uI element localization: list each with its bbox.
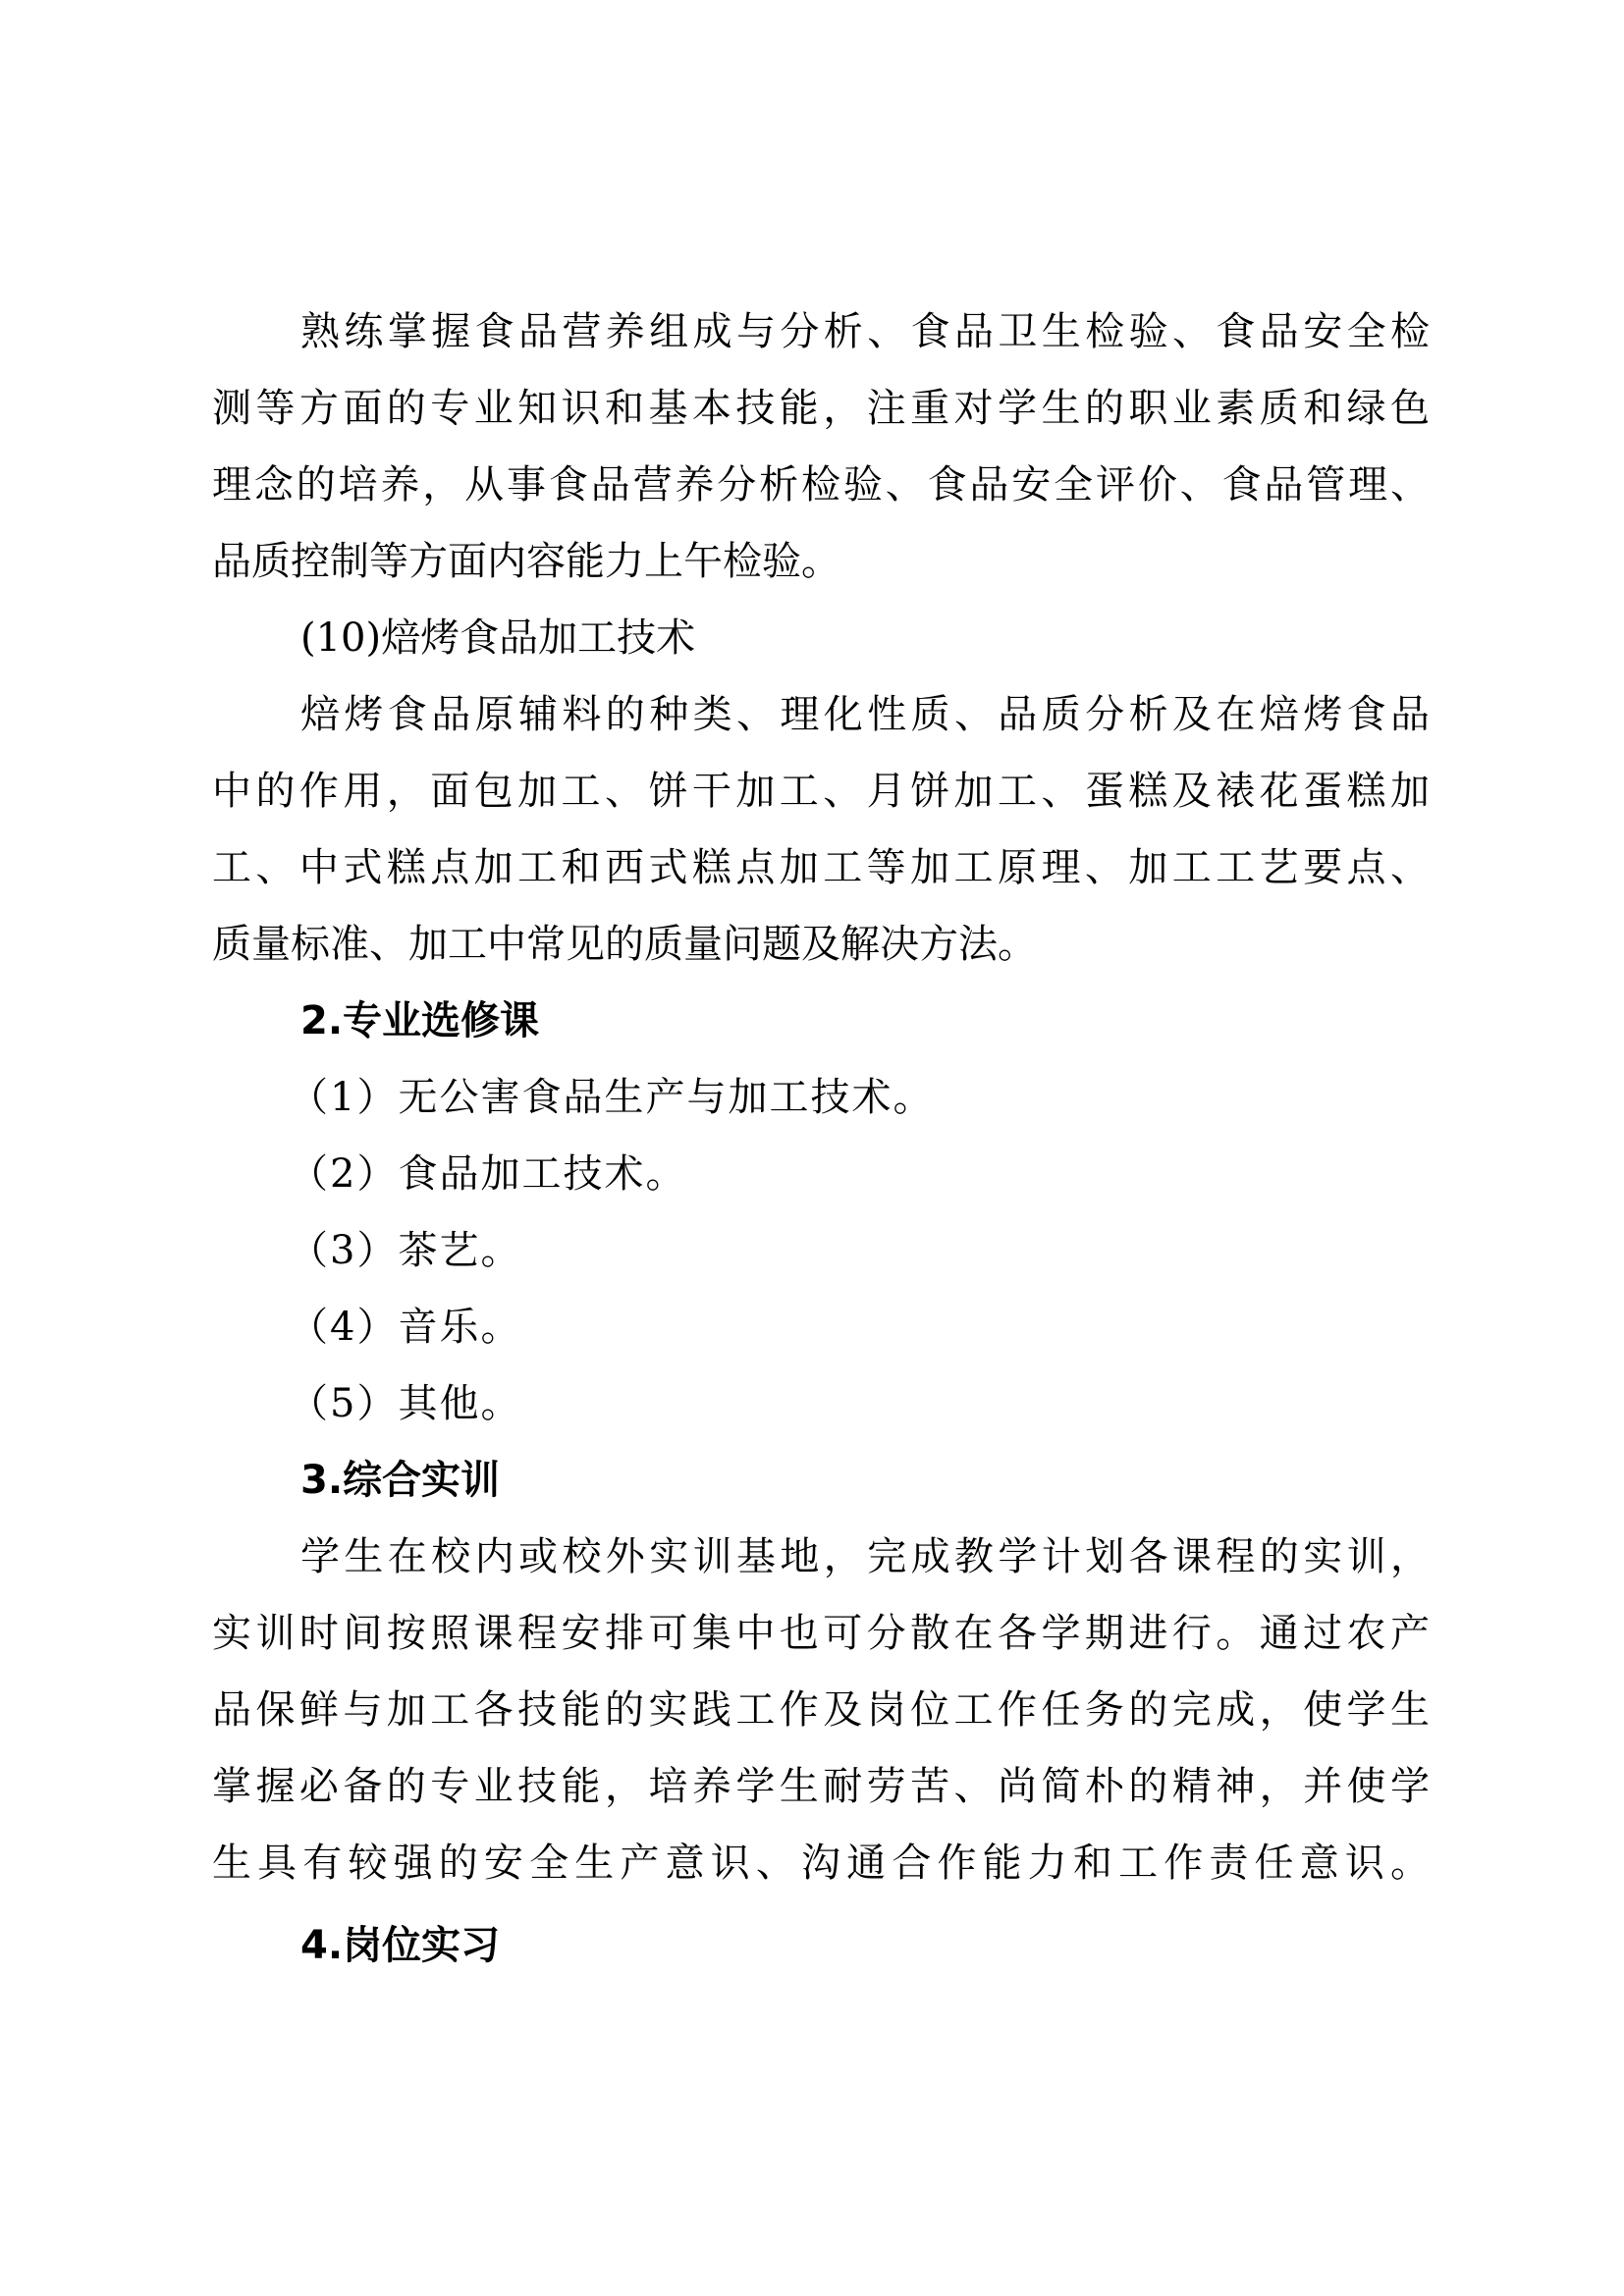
section-heading: 2.专业选修课 [300,991,539,1050]
paragraph-line: 学生在校内或校外实训基地，完成教学计划各课程的实训， [300,1527,1430,1586]
paragraph-line: 工、中式糕点加工和西式糕点加工等加工原理、加工工艺要点、 [212,838,1430,897]
paragraph-line: 质量标准、加工中常见的质量问题及解决方法。 [212,915,1037,974]
paragraph-line: 测等方面的专业知识和基本技能，注重对学生的职业素质和绿色 [212,379,1430,438]
paragraph-line: 实训时间按照课程安排可集中也可分散在各学期进行。通过农产 [212,1604,1430,1663]
paragraph-line: 品保鲜与加工各技能的实践工作及岗位工作任务的完成，使学生 [212,1681,1430,1739]
elective-item: （3）茶艺。 [289,1221,521,1280]
paragraph-line: 中的作用，面包加工、饼干加工、月饼加工、蛋糕及裱花蛋糕加 [212,762,1430,821]
elective-item: （5）其他。 [289,1374,521,1433]
paragraph-line: 熟练掌握食品营养组成与分析、食品卫生检验、食品安全检 [300,302,1430,361]
paragraph-line: 理念的培养，从事食品营养分析检验、食品安全评价、食品管理、 [212,455,1430,514]
paragraph-line: 焙烤食品原辅料的种类、理化性质、品质分析及在焙烤食品 [300,685,1430,744]
subsection-title: (10)焙烤食品加工技术 [300,609,695,667]
paragraph-line: 品质控制等方面内容能力上午检验。 [212,532,840,591]
paragraph-line: 掌握必备的专业技能，培养学生耐劳苦、尚简朴的精神，并使学 [212,1757,1430,1816]
elective-item: （4）音乐。 [289,1298,521,1357]
section-heading: 3.综合实训 [300,1451,500,1510]
paragraph-line: 生具有较强的安全生产意识、沟通合作能力和工作责任意识。 [212,1834,1430,1893]
elective-item: （2）食品加工技术。 [289,1145,686,1203]
section-heading: 4.岗位实习 [300,1916,500,1975]
elective-item: （1）无公害食品生产与加工技术。 [289,1068,934,1127]
